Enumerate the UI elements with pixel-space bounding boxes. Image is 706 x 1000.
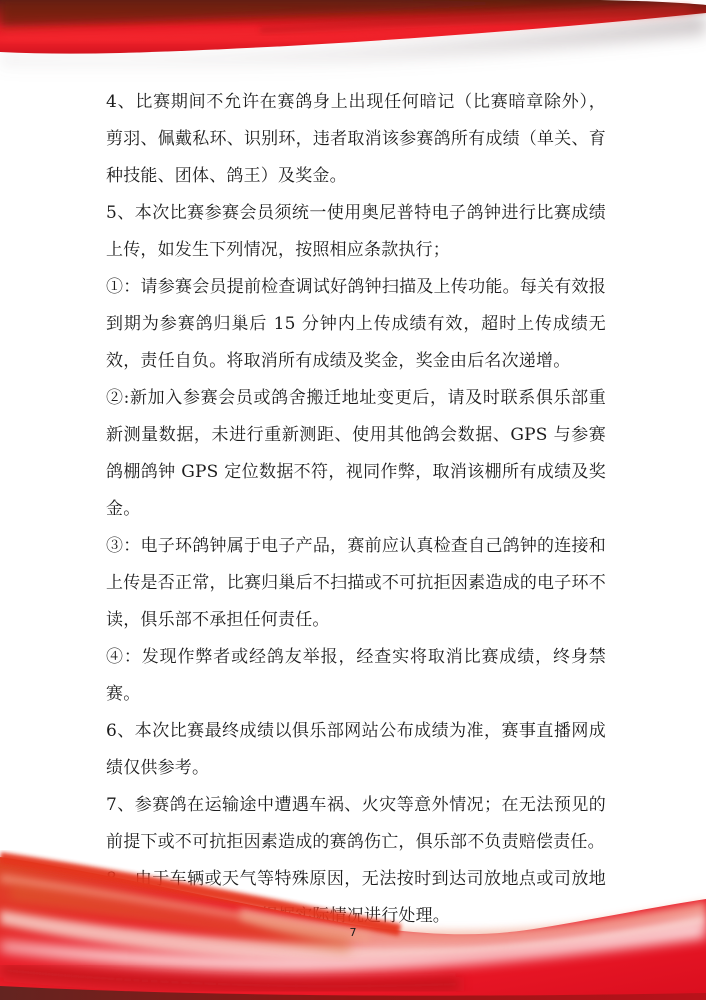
rule-paragraph-5-sub4: ④：发现作弊者或经鸽友举报，经查实将取消比赛成绩，终身禁赛。 <box>106 639 606 713</box>
top-wave-decoration <box>0 0 706 90</box>
rule-paragraph-5-sub3: ③：电子环鸽钟属于电子产品，赛前应认真检查自己鸽钟的连接和上传是否正常，比赛归巢… <box>106 528 606 639</box>
rule-paragraph-6: 6、本次比赛最终成绩以俱乐部网站公布成绩为准，赛事直播网成绩仅供参考。 <box>106 713 606 787</box>
rule-paragraph-8: 8、由于车辆或天气等特殊原因，无法按时到达司放地点或司放地达不到开笼条件，将根据… <box>106 861 606 935</box>
page-number: 7 <box>0 926 706 940</box>
document-page: 4、比赛期间不允许在赛鸽身上出现任何暗记（比赛暗章除外），剪羽、佩戴私环、识别环… <box>0 0 706 1000</box>
rule-paragraph-5-sub1: ①：请参赛会员提前检查调试好鸽钟扫描及上传功能。每关有效报到期为参赛鸽归巢后 1… <box>106 269 606 380</box>
rule-paragraph-4: 4、比赛期间不允许在赛鸽身上出现任何暗记（比赛暗章除外），剪羽、佩戴私环、识别环… <box>106 84 606 195</box>
rule-paragraph-5-sub2: ②:新加入参赛会员或鸽舍搬迁地址变更后，请及时联系俱乐部重新测量数据，未进行重新… <box>106 380 606 528</box>
rules-text-block: 4、比赛期间不允许在赛鸽身上出现任何暗记（比赛暗章除外），剪羽、佩戴私环、识别环… <box>106 84 606 935</box>
rule-paragraph-7: 7、参赛鸽在运输途中遭遇车祸、火灾等意外情况；在无法预见的前提下或不可抗拒因素造… <box>106 787 606 861</box>
rule-paragraph-5: 5、本次比赛参赛会员须统一使用奥尼普特电子鸽钟进行比赛成绩上传，如发生下列情况，… <box>106 195 606 269</box>
